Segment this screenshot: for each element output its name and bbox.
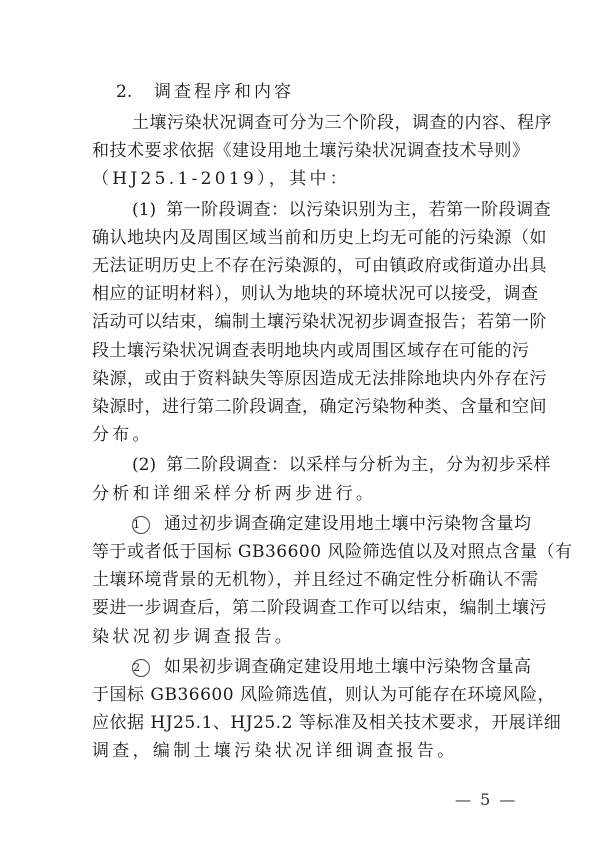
text-line: 相应的证明材料），则认为地块的环境状况可以接受，调查 [92, 280, 507, 308]
text-line: 分析和详细采样分析两步进行。 [92, 480, 507, 508]
text-line: 活动可以结束，编制土壤污染状况初步调查报告；若第一阶 [92, 308, 507, 336]
paragraph-stage-2-item-2: 2如果初步调查确定建设用地土壤中污染物含量高 于国标 GB36600 风险筛选值… [92, 653, 507, 766]
text-line: 段土壤污染状况调查表明地块内或周围区域存在可能的污 [92, 337, 507, 365]
text-line: 染源时，进行第二阶段调查，确定污染物种类、含量和空间 [92, 393, 507, 421]
paragraph-stage-1: (1)第一阶段调查：以污染识别为主，若第一阶段调查 确认地块内及周围区域当前和历… [92, 196, 507, 450]
section-title: 调查程序和内容 [154, 82, 294, 102]
paragraph-intro: 土壤污染状况调查可分为三个阶段，调查的内容、程序 和技术要求依据《建设用地土壤污… [92, 109, 507, 194]
circled-number-1-icon: 1 [132, 516, 150, 534]
list-label: (1) [132, 200, 156, 220]
text-line: 染状况初步调查报告。 [92, 623, 507, 651]
text-line: 确认地块内及周围区域当前和历史上均无可能的污染源（如 [92, 224, 507, 252]
text-line: 于国标 GB36600 风险筛选值，则认为可能存在环境风险， [92, 681, 507, 709]
text-line: 1通过初步调查确定建设用地土壤中污染物含量均 [92, 510, 507, 538]
text-line: 应依据 HJ25.1、HJ25.2 等标准及相关技术要求，开展详细 [92, 709, 507, 737]
circled-number-2-icon: 2 [132, 659, 150, 677]
text-line: (1)第一阶段调查：以污染识别为主，若第一阶段调查 [92, 196, 507, 224]
document-page: 2.调查程序和内容 土壤污染状况调查可分为三个阶段，调查的内容、程序 和技术要求… [92, 78, 507, 767]
text-line: 和技术要求依据《建设用地土壤污染状况调查技术导则》 [92, 137, 507, 165]
list-label: (2) [132, 455, 156, 475]
text-span: 第二阶段调查：以采样与分析为主，分为初步采样 [166, 455, 551, 475]
section-heading: 2.调查程序和内容 [92, 78, 507, 107]
text-line: 要进一步调查后，第二阶段调查工作可以结束，编制土壤污 [92, 594, 507, 622]
text-line: 无法证明历史上不存在污染源的，可由镇政府或街道办出具 [92, 252, 507, 280]
paragraph-stage-2: (2)第二阶段调查：以采样与分析为主，分为初步采样 分析和详细采样分析两步进行。 [92, 451, 507, 507]
paragraph-stage-2-item-1: 1通过初步调查确定建设用地土壤中污染物含量均 等于或者低于国标 GB36600 … [92, 510, 507, 651]
text-span: 通过初步调查确定建设用地土壤中污染物含量均 [164, 514, 532, 534]
page-number: — 5 — [455, 790, 517, 809]
section-number: 2. [116, 78, 154, 107]
text-line: 调查，编制土壤污染状况详细调查报告。 [92, 737, 507, 765]
text-line: 土壤污染状况调查可分为三个阶段，调查的内容、程序 [92, 109, 507, 137]
text-line: 土壤环境背景的无机物），并且经过不确定性分析确认不需 [92, 566, 507, 594]
text-line: 染源，或由于资料缺失等原因造成无法排除地块内外存在污 [92, 365, 507, 393]
text-span: 第一阶段调查：以污染识别为主，若第一阶段调查 [166, 200, 551, 220]
text-line: (2)第二阶段调查：以采样与分析为主，分为初步采样 [92, 451, 507, 479]
text-span: 如果初步调查确定建设用地土壤中污染物含量高 [164, 657, 532, 677]
text-line: 等于或者低于国标 GB36600 风险筛选值以及对照点含量（有 [92, 538, 507, 566]
text-line: （HJ25.1-2019），其中： [92, 165, 507, 193]
text-line: 2如果初步调查确定建设用地土壤中污染物含量高 [92, 653, 507, 681]
text-line: 分布。 [92, 421, 507, 449]
